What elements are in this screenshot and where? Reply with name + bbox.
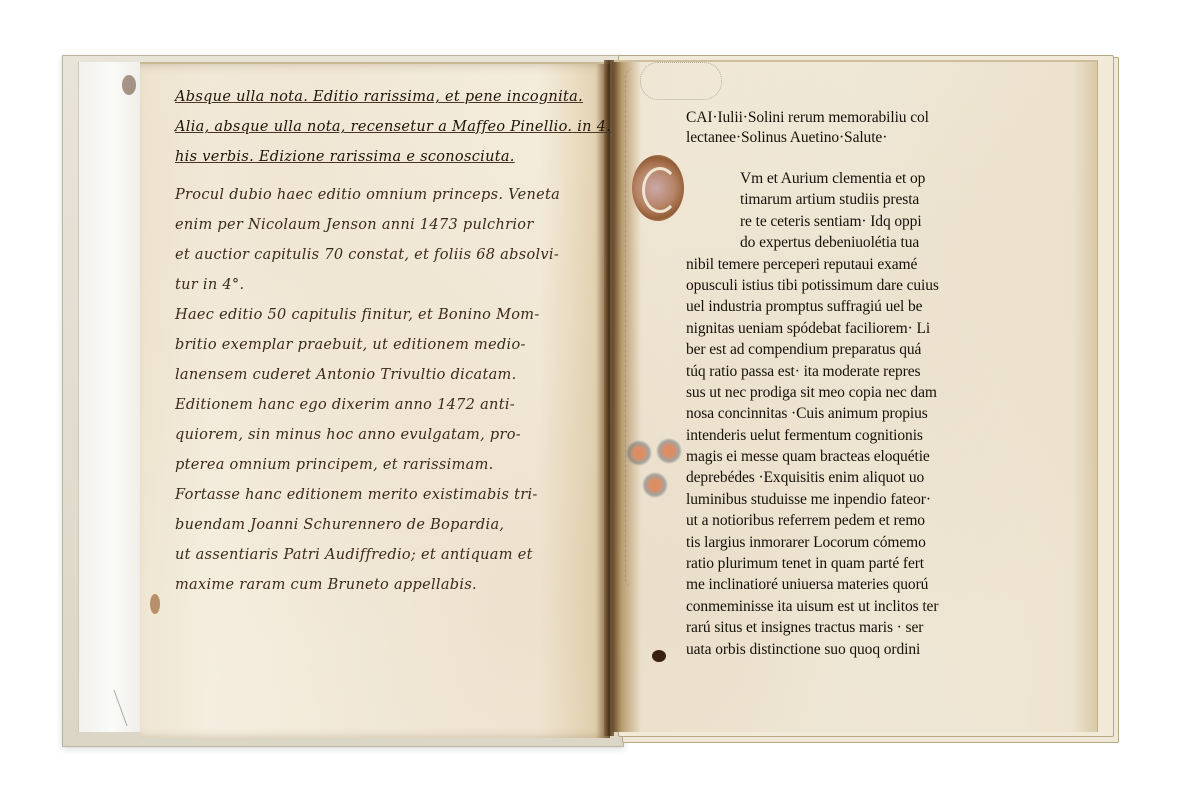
note-line: buendam Joanni Schurennero de Bopardia, xyxy=(175,510,595,540)
text-line: sus ut nec prodiga sit meo copia nec dam xyxy=(686,382,976,403)
note-line: his verbis. Edizione rarissima e sconosc… xyxy=(175,142,595,172)
note-line: lanensem cuderet Antonio Trivultio dicat… xyxy=(175,360,595,390)
text-line: nignitas ueniam spódebat faciliorem· Li xyxy=(686,318,976,339)
handwritten-note: Absque ulla nota. Editio rarissima, et p… xyxy=(175,82,595,600)
text-line: opusculi istius tibi potissimum dare cui… xyxy=(686,275,976,296)
text-line: uel industria promptus suffragiú uel be xyxy=(686,296,976,317)
note-line: Alia, absque ulla nota, recensetur a Maf… xyxy=(175,112,595,142)
flower-ornament-icon xyxy=(656,438,682,464)
text-line: ratio plurimum tenet in quam parté fert xyxy=(686,553,976,574)
text-line: re te ceteris sentiam· Idq oppi xyxy=(686,211,976,232)
flower-ornament-icon xyxy=(626,440,652,466)
note-line: britio exemplar praebuit, ut editionem m… xyxy=(175,330,595,360)
text-line: túq ratio passa est· ita moderate repres xyxy=(686,361,976,382)
text-line: me inclinatioré uniuersa materies quorú xyxy=(686,574,976,595)
text-line: conmeminisse ita uisum est ut inclitos t… xyxy=(686,596,976,617)
heading-line: CAI·Iulii·Solini rerum memorabiliu col xyxy=(686,108,976,128)
text-line: nibil temere perceperi reputaui examé xyxy=(686,254,976,275)
text-line: uata orbis distinctione suo quoq ordini xyxy=(686,639,976,660)
text-line: ber est ad compendium preparatus quá xyxy=(686,339,976,360)
text-line: nosa concinnitas ·Cuis animum propius xyxy=(686,403,976,424)
text-line: intenderis uelut fermentum cognitionis xyxy=(686,425,976,446)
note-line: pterea omnium principem, et rarissimam. xyxy=(175,450,595,480)
text-line: rarú situs et insignes tractus maris · s… xyxy=(686,617,976,638)
note-line: et auctior capitulis 70 constat, et foli… xyxy=(175,240,595,270)
text-line: Vm et Aurium clementia et op xyxy=(686,168,976,189)
foxing-stain xyxy=(150,594,160,614)
heading-line: lectanee·Solinus Auetino·Salute· xyxy=(686,128,976,148)
text-line: timarum artium studiis presta xyxy=(686,189,976,210)
text-line: ut a notioribus referrem pedem et remo xyxy=(686,510,976,531)
note-line: enim per Nicolaum Jenson anni 1473 pulch… xyxy=(175,210,595,240)
text-line: deprebédes ·Exquisitis enim aliquot uo xyxy=(686,467,976,488)
text-line: luminibus studuisse me inpendio fateor· xyxy=(686,489,976,510)
note-line: tur in 4°. xyxy=(175,270,595,300)
text-line: tis largius inmorarer Locorum cómemo xyxy=(686,532,976,553)
text-line: do expertus debeniuolétia tua xyxy=(686,232,976,253)
illuminated-initial-icon xyxy=(632,155,684,221)
printed-text-block: CAI·Iulii·Solini rerum memorabiliu col l… xyxy=(686,108,976,660)
book-gutter xyxy=(604,60,614,736)
note-line: maxime raram cum Bruneto appellabis. xyxy=(175,570,595,600)
note-line: Editionem hanc ego dixerim anno 1472 ant… xyxy=(175,390,595,420)
corner-stain xyxy=(122,75,136,95)
ink-stain xyxy=(652,650,666,662)
marginal-vine-icon xyxy=(625,68,656,588)
open-book-photo: Absque ulla nota. Editio rarissima, et p… xyxy=(0,0,1190,800)
flower-ornament-icon xyxy=(642,472,668,498)
note-line: quiorem, sin minus hoc anno evulgatam, p… xyxy=(175,420,595,450)
note-line: Absque ulla nota. Editio rarissima, et p… xyxy=(175,82,595,112)
note-line: Haec editio 50 capitulis finitur, et Bon… xyxy=(175,300,595,330)
note-line: Fortasse hanc editionem merito existimab… xyxy=(175,480,595,510)
text-line: magis ei messe quam bracteas eloquétie xyxy=(686,446,976,467)
note-line: Procul dubio haec editio omnium princeps… xyxy=(175,180,595,210)
note-line: ut assentiaris Patri Audiffredio; et ant… xyxy=(175,540,595,570)
